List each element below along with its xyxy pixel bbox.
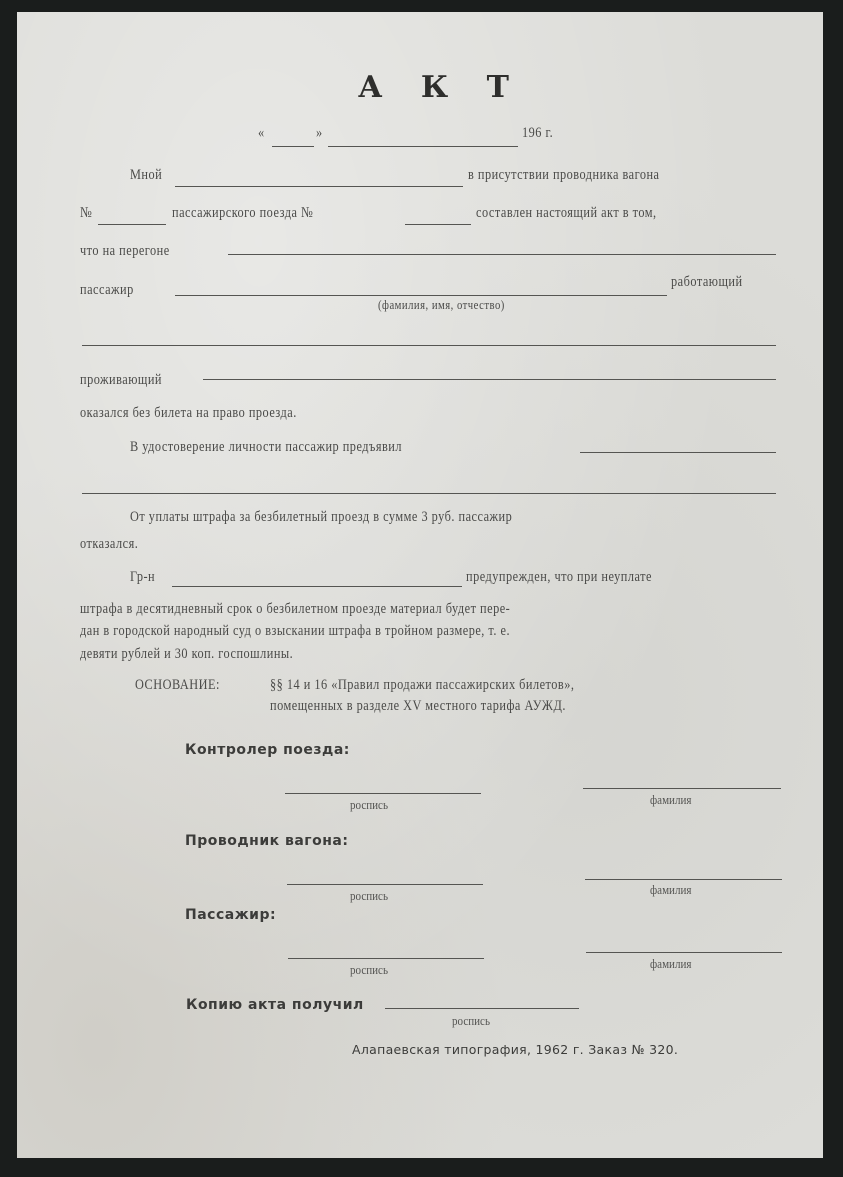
warning-text-2: дан в городской народный суд о взыскании…	[80, 623, 510, 640]
passenger-surname-caption: фамилия	[650, 956, 691, 972]
attendant-signature-field[interactable]	[287, 884, 483, 885]
copy-received-signature-field[interactable]	[385, 1008, 579, 1009]
residence-field[interactable]	[203, 379, 776, 380]
issuer-field[interactable]	[175, 186, 463, 187]
date-year-label: 196 г.	[522, 125, 553, 142]
controller-label: Контролер поезда:	[185, 742, 350, 758]
controller-surname-field[interactable]	[583, 788, 781, 789]
passenger-name-field[interactable]	[175, 295, 667, 296]
copy-received-label: Копию акта получил	[186, 997, 364, 1013]
warning-text-1: штрафа в десятидневный срок о безбилетно…	[80, 601, 510, 618]
attendant-presence-text: в присутствии проводника вагона	[468, 167, 659, 184]
section-label: что на перегоне	[80, 243, 170, 260]
fine-refusal-text: От уплаты штрафа за безбилетный проезд в…	[130, 509, 512, 526]
workplace-field[interactable]	[82, 345, 776, 346]
passenger-signature-caption: роспись	[350, 962, 388, 978]
copy-received-caption: роспись	[452, 1013, 490, 1029]
attendant-label: Проводник вагона:	[185, 833, 348, 849]
passenger-sign-label: Пассажир:	[185, 907, 276, 923]
attendant-surname-caption: фамилия	[650, 882, 691, 898]
date-day-field[interactable]	[272, 146, 314, 147]
section-field[interactable]	[228, 254, 776, 255]
controller-signature-field[interactable]	[285, 793, 481, 794]
attendant-signature-caption: роспись	[350, 888, 388, 904]
date-close-quote: »	[316, 125, 323, 142]
date-open-quote: «	[258, 125, 265, 142]
issuer-label: Мной	[130, 167, 162, 184]
citizen-label: Гр-н	[130, 569, 155, 586]
car-number-label: №	[80, 205, 92, 222]
identity-document-label: В удостоверение личности пассажир предъя…	[130, 439, 402, 456]
train-number-label: пассажирского поезда №	[172, 205, 313, 222]
passenger-label: пассажир	[80, 282, 134, 299]
no-ticket-statement: оказался без билета на право проезда.	[80, 405, 297, 422]
printer-imprint: Алапаевская типография, 1962 г. Заказ № …	[352, 1042, 678, 1057]
controller-signature-caption: роспись	[350, 797, 388, 813]
basis-text-2: помещенных в разделе XV местного тарифа …	[270, 698, 566, 715]
warned-text: предупрежден, что при неуплате	[466, 569, 652, 586]
basis-label: ОСНОВАНИЕ:	[135, 677, 220, 694]
passenger-signature-field[interactable]	[288, 958, 484, 959]
act-composed-text: составлен настоящий акт в том,	[476, 205, 657, 222]
attendant-surname-field[interactable]	[585, 879, 782, 880]
residence-label: проживающий	[80, 372, 162, 389]
employed-label: работающий	[671, 274, 743, 291]
warning-text-3: девяти рублей и 30 коп. госпошлины.	[80, 646, 293, 663]
refused-text: отказался.	[80, 536, 138, 553]
passenger-surname-field[interactable]	[586, 952, 782, 953]
identity-document-field[interactable]	[580, 452, 776, 453]
document-title: А К Т	[358, 70, 523, 105]
controller-surname-caption: фамилия	[650, 792, 691, 808]
passenger-name-hint: (фамилия, имя, отчество)	[378, 297, 505, 313]
car-number-field[interactable]	[98, 224, 166, 225]
basis-text-1: §§ 14 и 16 «Правил продажи пассажирских …	[270, 677, 574, 694]
date-month-field[interactable]	[328, 146, 518, 147]
citizen-name-field[interactable]	[172, 586, 462, 587]
identity-document-field-2[interactable]	[82, 493, 776, 494]
train-number-field[interactable]	[405, 224, 471, 225]
